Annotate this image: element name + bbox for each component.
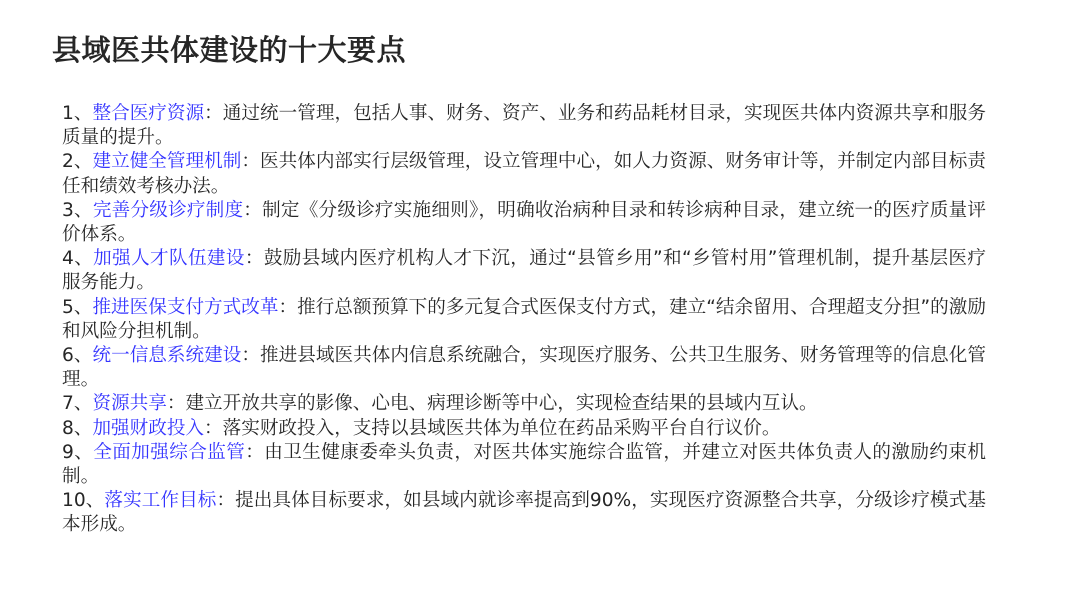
list-item: 4、加强人才队伍建设：鼓励县域内医疗机构人才下沉，通过“县管乡用”和“乡管村用”… <box>62 247 986 295</box>
item-keyword: 资源共享 <box>92 393 166 414</box>
item-number: 5、 <box>62 297 92 318</box>
item-number: 1、 <box>62 103 92 124</box>
item-keyword: 全面加强综合监管 <box>93 442 245 463</box>
item-number: 2、 <box>62 151 92 172</box>
item-separator: ： <box>167 393 186 414</box>
item-number: 8、 <box>62 418 92 439</box>
item-separator: ： <box>241 151 260 172</box>
item-keyword: 完善分级诊疗制度 <box>93 200 243 221</box>
slide-title: 县域医共体建设的十大要点 <box>52 28 406 72</box>
list-item: 9、全面加强综合监管：由卫生健康委牵头负责，对医共体实施综合监管，并建立对医共体… <box>62 441 986 489</box>
item-keyword: 建立健全管理机制 <box>92 151 241 172</box>
item-keyword: 推进医保支付方式改革 <box>92 297 278 318</box>
item-keyword: 落实工作目标 <box>104 490 216 511</box>
item-keyword: 整合医疗资源 <box>92 103 204 124</box>
item-separator: ： <box>245 442 264 463</box>
item-number: 3、 <box>62 200 93 221</box>
list-item: 1、整合医疗资源：通过统一管理，包括人事、财务、资产、业务和药品耗材目录，实现医… <box>62 102 986 150</box>
item-separator: ： <box>245 248 264 269</box>
item-separator: ： <box>204 103 223 124</box>
item-description: 建立开放共享的影像、心电、病理诊断等中心，实现检查结果的县域内互认。 <box>185 393 817 414</box>
item-separator: ： <box>204 418 223 439</box>
item-separator: ： <box>241 345 260 366</box>
list-item: 7、资源共享：建立开放共享的影像、心电、病理诊断等中心，实现检查结果的县域内互认… <box>62 392 986 416</box>
item-keyword: 加强财政投入 <box>92 418 204 439</box>
list-item: 3、完善分级诊疗制度：制定《分级诊疗实施细则》，明确收治病种目录和转诊病种目录，… <box>62 199 986 247</box>
item-separator: ： <box>216 490 235 511</box>
item-number: 9、 <box>62 442 93 463</box>
item-keyword: 统一信息系统建设 <box>92 345 241 366</box>
list-item: 2、建立健全管理机制：医共体内部实行层级管理，设立管理中心，如人力资源、财务审计… <box>62 150 986 198</box>
item-keyword: 加强人才队伍建设 <box>93 248 245 269</box>
item-number: 4、 <box>62 248 93 269</box>
key-points-list: 1、整合医疗资源：通过统一管理，包括人事、财务、资产、业务和药品耗材目录，实现医… <box>62 102 986 538</box>
slide: 县域医共体建设的十大要点 1、整合医疗资源：通过统一管理，包括人事、财务、资产、… <box>0 0 1080 608</box>
item-number: 10、 <box>62 490 104 511</box>
list-item: 6、统一信息系统建设：推进县域医共体内信息系统融合，实现医疗服务、公共卫生服务、… <box>62 344 986 392</box>
item-description: 落实财政投入，支持以县域医共体为单位在药品采购平台自行议价。 <box>223 418 781 439</box>
item-number: 7、 <box>62 393 92 414</box>
list-item: 5、推进医保支付方式改革：推行总额预算下的多元复合式医保支付方式，建立“结余留用… <box>62 296 986 344</box>
item-number: 6、 <box>62 345 92 366</box>
list-item: 10、落实工作目标：提出具体目标要求，如县域内就诊率提高到90%，实现医疗资源整… <box>62 489 986 537</box>
item-separator: ： <box>243 200 262 221</box>
list-item: 8、加强财政投入：落实财政投入，支持以县域医共体为单位在药品采购平台自行议价。 <box>62 417 986 441</box>
item-separator: ： <box>278 297 297 318</box>
